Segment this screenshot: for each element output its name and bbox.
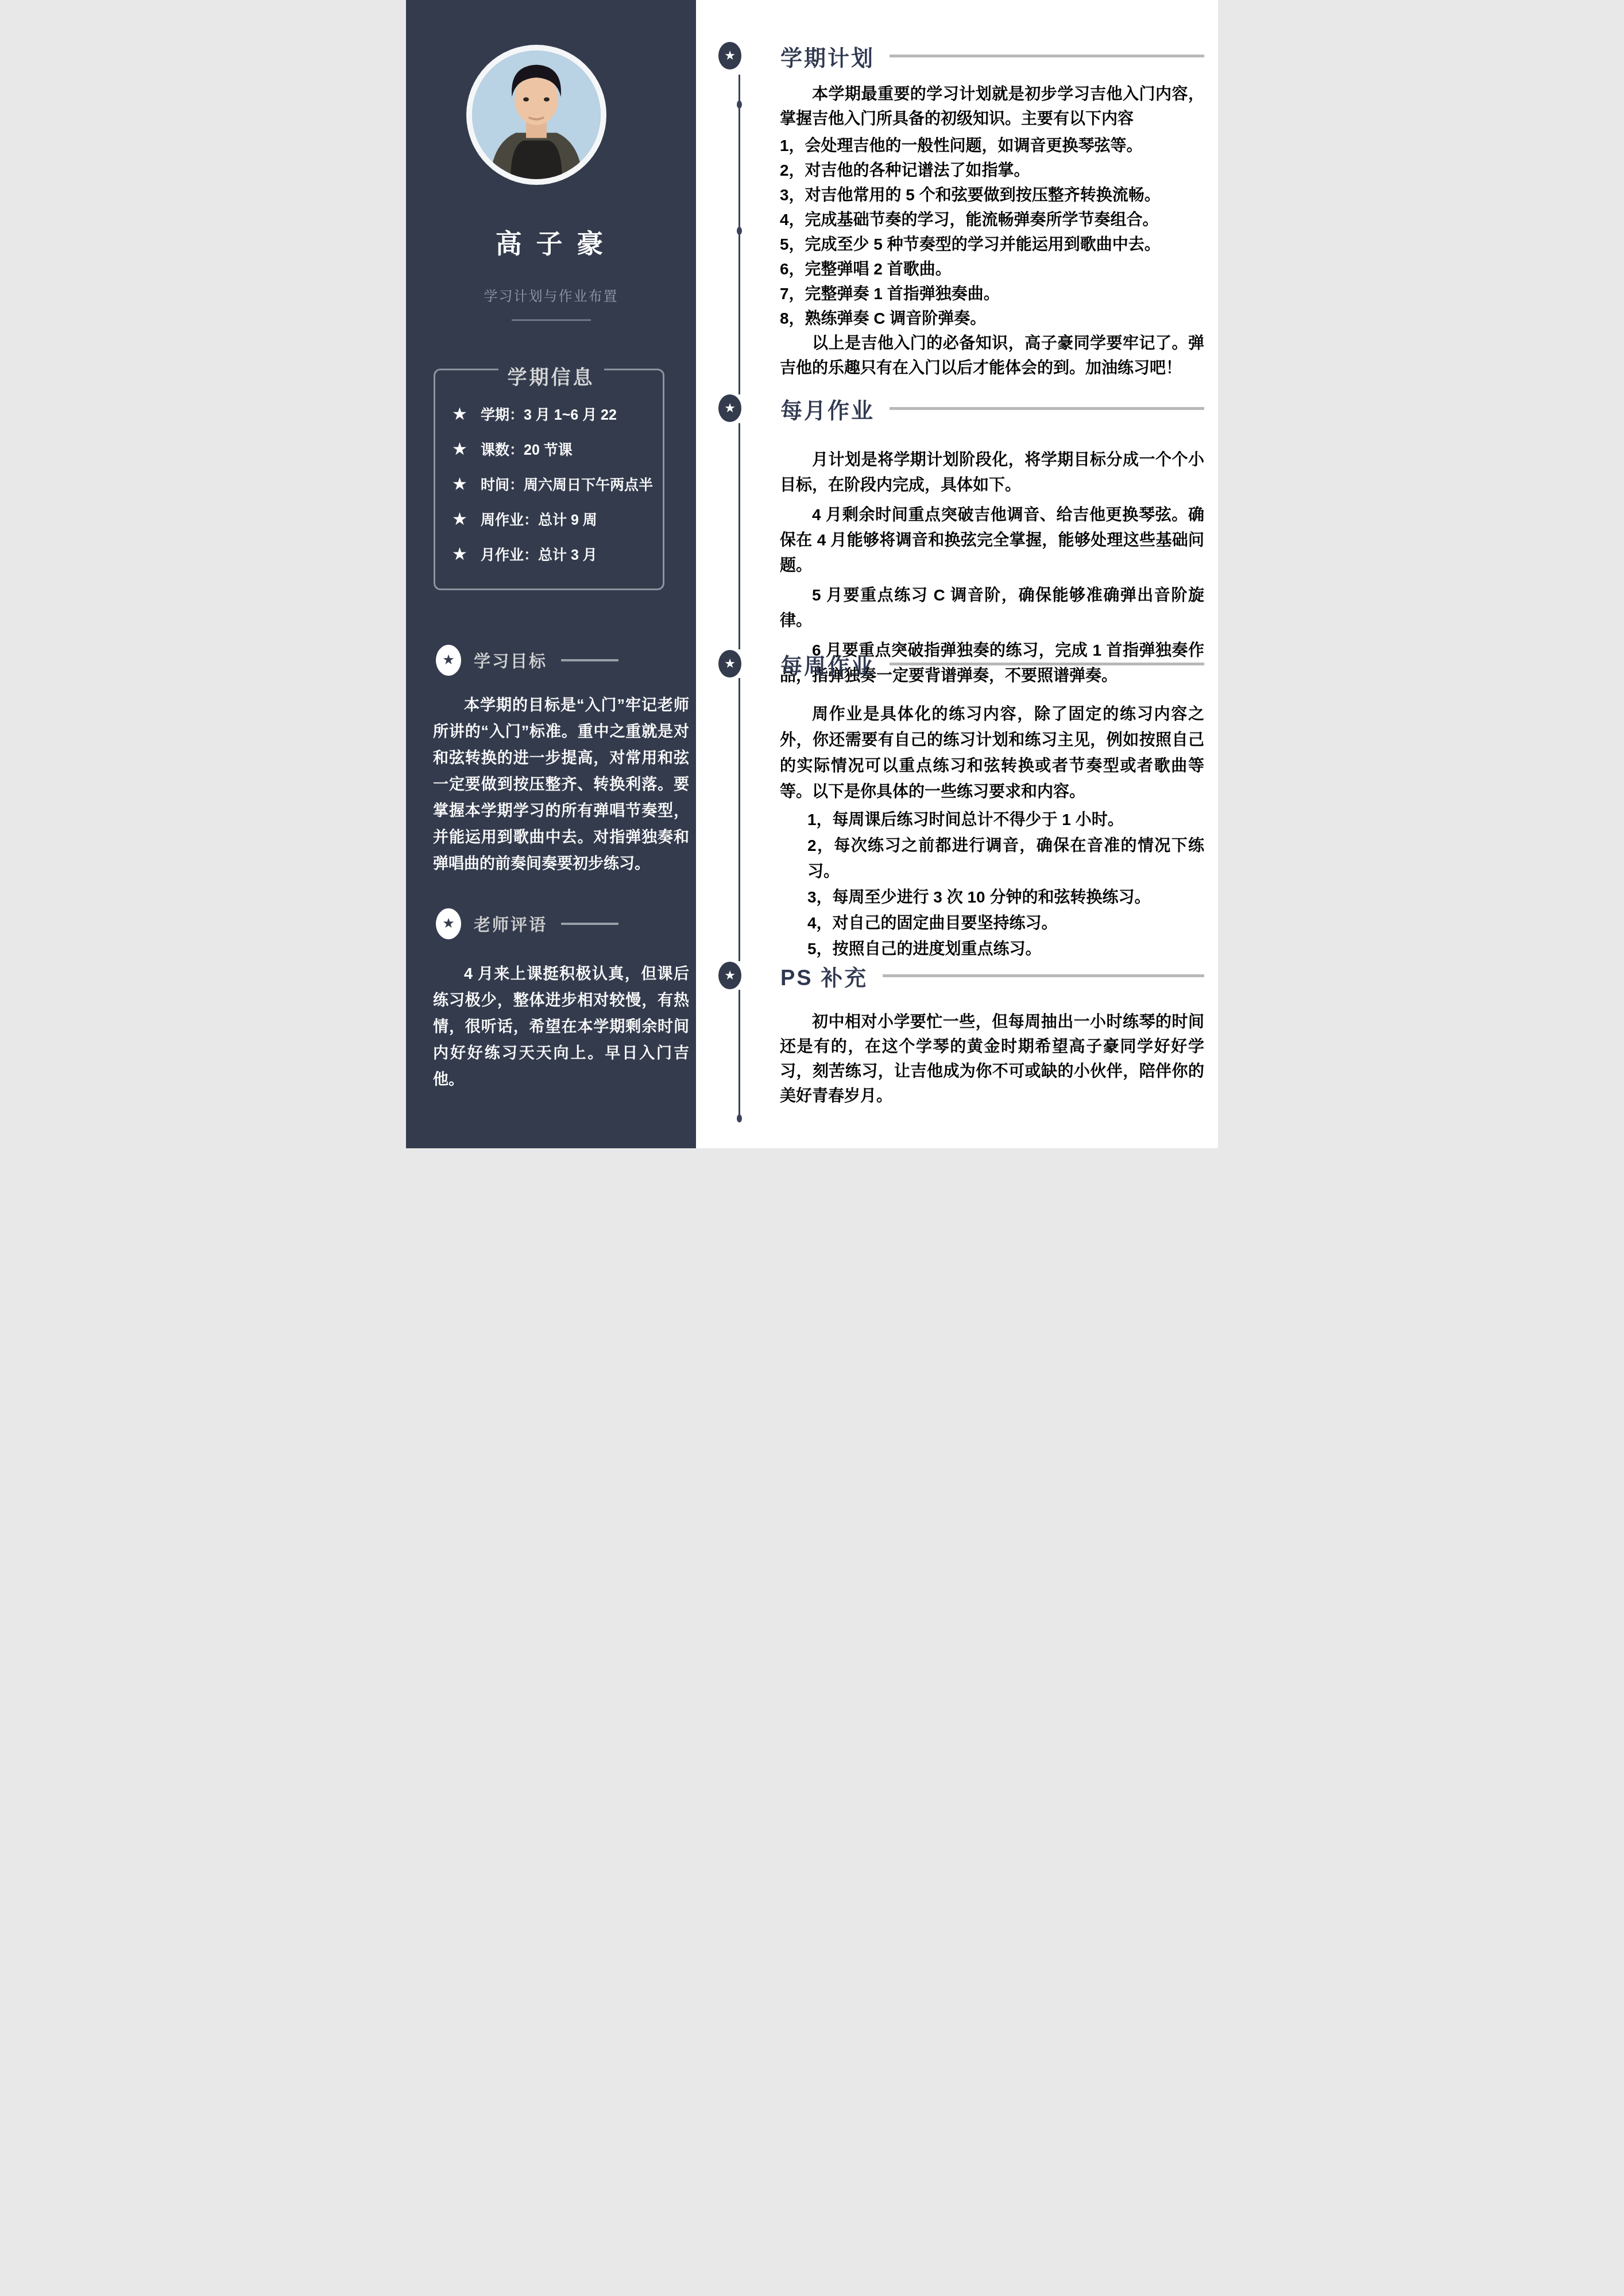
header-line [890, 55, 1204, 57]
section-body: 周作业是具体化的练习内容，除了固定的练习内容之外，你还需要有自己的练习计划和练习… [780, 701, 1204, 962]
list-item: 1，每周课后练习时间总计不得少于 1 小时。 [780, 807, 1204, 833]
list-item: 2，每次练习之前都进行调音，确保在音准的情况下练习。 [780, 833, 1204, 884]
sidebar-section-goals-body: 本学期的目标是“入门”牢记老师所讲的“入门”标准。重中之重就是对和弦转换的进一步… [433, 692, 689, 877]
list-item: ★ 时间：周六周日下午两点半 [452, 469, 670, 500]
header-line [890, 407, 1204, 410]
section-header: ★ 学期计划 [718, 36, 1204, 76]
list-item: 1，会处理吉他的一般性问题，如调音更换琴弦等。 [780, 133, 1204, 158]
list-item: 4，完成基础节奏的学习，能流畅弹奏所学节奏组合。 [780, 207, 1204, 232]
star-badge-icon: ★ [718, 394, 741, 422]
star-icon: ★ [452, 474, 481, 494]
star-icon: ★ [452, 404, 481, 424]
header-line [883, 974, 1204, 977]
paragraph: 4 月剩余时间重点突破吉他调音、给吉他更换琴弦。确保在 4 月能够将调音和换弦完… [780, 502, 1204, 578]
list-item: 4，对自己的固定曲目要坚持练习。 [780, 910, 1204, 936]
section-body: 本学期最重要的学习计划就是初步学习吉他入门内容，掌握吉他入门所具备的初级知识。主… [780, 82, 1204, 380]
paragraph: 5 月要重点练习 C 调音阶，确保能够准确弹出音阶旋律。 [780, 583, 1204, 633]
list-item: ★ 月作业：总计 3 月 [452, 539, 670, 570]
star-badge-icon: ★ [718, 650, 741, 677]
profile-photo [466, 45, 606, 185]
list-item: 5，完成至少 5 种节奏型的学习并能运用到歌曲中去。 [780, 232, 1204, 257]
section-body: 初中相对小学要忙一些，但每周抽出一小时练琴的时间还是有的，在这个学琴的黄金时期希… [780, 1009, 1204, 1108]
header-line [561, 923, 618, 925]
header-line [561, 659, 618, 661]
list-item: 2，对吉他的各种记谱法了如指掌。 [780, 158, 1204, 183]
subtitle-divider [512, 319, 591, 321]
timeline-line [738, 990, 740, 1118]
section-header: ★ PS 补充 [718, 955, 1204, 996]
timeline-dot [737, 227, 742, 235]
paragraph: 月计划是将学期计划阶段化，将学期目标分成一个个小目标，在阶段内完成，具体如下。 [780, 447, 1204, 498]
section-title: 每月作业 [780, 393, 875, 424]
section-title: PS 补充 [780, 960, 868, 992]
person-portrait-illustration [472, 51, 601, 179]
section-title: 学期计划 [780, 40, 875, 72]
paragraph: 本学期最重要的学习计划就是初步学习吉他入门内容，掌握吉他入门所具备的初级知识。主… [780, 82, 1204, 131]
document-subtitle: 学习计划与作业布置 [406, 285, 696, 305]
list-item: 3，每周至少进行 3 次 10 分钟的和弦转换练习。 [780, 884, 1204, 910]
timeline-line [738, 423, 740, 649]
timeline-dot [737, 1114, 742, 1122]
sidebar-section-comment-body: 4 月来上课挺积极认真，但课后练习极少，整体进步相对较慢，有热情，很听话，希望在… [433, 961, 689, 1093]
paragraph: 初中相对小学要忙一些，但每周抽出一小时练琴的时间还是有的，在这个学琴的黄金时期希… [780, 1009, 1204, 1108]
section-title: 老师评语 [474, 912, 547, 936]
list-item: ★ 课数：20 节课 [452, 433, 670, 464]
poster-page: 高 子 豪 学习计划与作业布置 学期信息 ★ 学期：3 月 1~6 月 22 ★… [406, 0, 1218, 1148]
student-name: 高 子 豪 [406, 223, 696, 261]
star-badge-icon: ★ [718, 42, 741, 69]
star-badge-icon: ★ [718, 962, 741, 989]
header-line [890, 663, 1204, 665]
star-badge-icon: ★ [436, 645, 461, 676]
section-header: ★ 每月作业 [718, 388, 1204, 428]
numbered-list: 1，每周课后练习时间总计不得少于 1 小时。 2，每次练习之前都进行调音，确保在… [780, 807, 1204, 962]
list-item: 7，完整弹奏 1 首指弹独奏曲。 [780, 281, 1204, 306]
section-title: 每周作业 [780, 648, 875, 680]
paragraph: 周作业是具体化的练习内容，除了固定的练习内容之外，你还需要有自己的练习计划和练习… [780, 701, 1204, 804]
section-header: ★ 每周作业 [718, 644, 1204, 684]
paragraph: 以上是吉他入门的必备知识，高子豪同学要牢记了。弹吉他的乐趣只有在入门以后才能体会… [780, 331, 1204, 380]
timeline-line [738, 678, 740, 961]
star-badge-icon: ★ [436, 908, 461, 939]
timeline-dot [737, 100, 742, 109]
main-content: ★ 学期计划 本学期最重要的学习计划就是初步学习吉他入门内容，掌握吉他入门所具备… [696, 0, 1218, 1148]
numbered-list: 1，会处理吉他的一般性问题，如调音更换琴弦等。 2，对吉他的各种记谱法了如指掌。… [780, 133, 1204, 331]
sidebar: 高 子 豪 学习计划与作业布置 学期信息 ★ 学期：3 月 1~6 月 22 ★… [406, 0, 696, 1148]
sidebar-section-goals-header: ★ 学习目标 [436, 645, 618, 676]
list-item: ★ 周作业：总计 9 周 [452, 504, 670, 535]
star-icon: ★ [452, 509, 481, 529]
list-item: 8，熟练弹奏 C 调音阶弹奏。 [780, 306, 1204, 331]
list-item: 6，完整弹唱 2 首歌曲。 [780, 257, 1204, 281]
semester-info-list: ★ 学期：3 月 1~6 月 22 ★ 课数：20 节课 ★ 时间：周六周日下午… [452, 398, 670, 574]
star-icon: ★ [452, 544, 481, 564]
sidebar-section-comment-header: ★ 老师评语 [436, 908, 618, 939]
section-title: 学习目标 [474, 649, 547, 672]
list-item: 3，对吉他常用的 5 个和弦要做到按压整齐转换流畅。 [780, 183, 1204, 207]
star-icon: ★ [452, 439, 481, 459]
list-item: ★ 学期：3 月 1~6 月 22 [452, 398, 670, 429]
